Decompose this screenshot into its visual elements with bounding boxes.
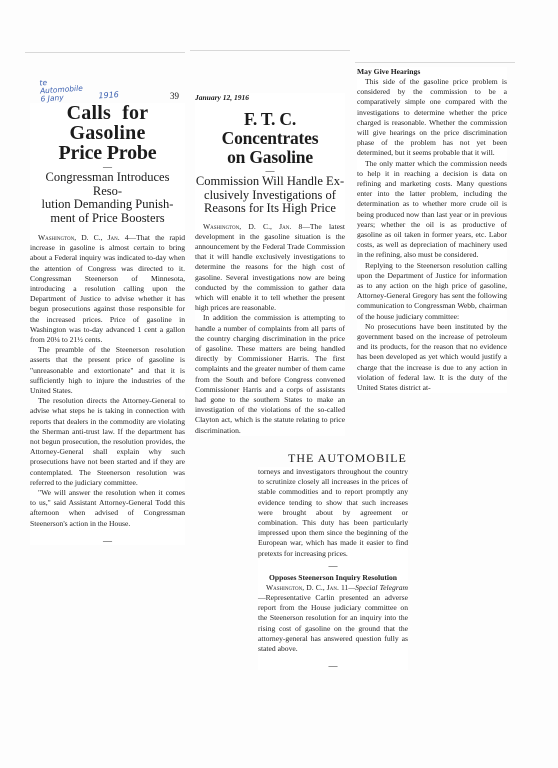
headline-line: Price Probe (30, 143, 185, 163)
paragraph: In addition the commission is attempting… (195, 313, 345, 435)
subheadline-line: lution Demanding Punish- (30, 198, 185, 212)
publication-masthead: THE AUTOMOBILE (288, 451, 407, 466)
end-mark: — (258, 662, 408, 670)
paragraph: The only matter which the commission nee… (357, 159, 507, 261)
subheadline-line: ment of Price Boosters (30, 212, 185, 226)
headline-line: Calls for Gasoline (30, 103, 185, 143)
page-number: 39 (170, 91, 179, 101)
subheadline-line: Commission Will Handle Ex- (195, 175, 345, 189)
headline: F. T. C. Concentrates on Gasoline (195, 110, 345, 167)
paragraph: This side of the gasoline price problem … (357, 77, 507, 159)
handwritten-year: 1916 (98, 91, 119, 100)
article-opposes-steenerson: torneys and investigators throughout the… (258, 467, 408, 670)
special-telegram: —Special Telegram (348, 583, 408, 592)
headline: Calls for Gasoline Price Probe (30, 103, 185, 163)
end-mark: — (30, 537, 185, 545)
dateline: Washington, D. C., Jan. 8 (203, 222, 302, 231)
article-ftc-concentrates-on-gasoline: January 12, 1916 F. T. C. Concentrates o… (195, 93, 345, 436)
headline-line: F. T. C. Concentrates (195, 110, 345, 148)
subhead-opposes-steenerson: Opposes Steenerson Inquiry Resolution (258, 573, 408, 583)
dateline: Washington, D. C., Jan. 11 (266, 583, 348, 592)
article-body: Washington, D. C., Jan. 4—That the rapid… (30, 233, 185, 529)
paragraph: —The latest development in the gasoline … (195, 222, 345, 313)
paragraph: torneys and investigators throughout the… (258, 467, 408, 559)
paragraph: "We will answer the resolution when it c… (30, 488, 185, 529)
subheadline: Congressman Introduces Reso- lution Dema… (30, 171, 185, 225)
article-calls-for-gasoline-price-probe: Calls for Gasoline Price Probe — Congres… (30, 103, 185, 545)
separator: — (258, 562, 408, 570)
article-body: torneys and investigators throughout the… (258, 467, 408, 559)
clipping-edge (190, 50, 350, 51)
paragraph: —Representative Carlin presented an adve… (258, 593, 408, 653)
subheadline-line: Reasons for Its High Price (195, 202, 345, 216)
article-body: Washington, D. C., Jan. 11—Special Teleg… (258, 583, 408, 654)
paragraph: The preamble of the Steenerson resolutio… (30, 345, 185, 396)
dateline: Washington, D. C., Jan. 4 (38, 233, 129, 242)
article-continuation-column: May Give Hearings This side of the gasol… (357, 67, 507, 393)
clipping-date: January 12, 1916 (195, 93, 345, 102)
clipping-edge (355, 62, 515, 63)
headline-line: on Gasoline (195, 148, 345, 167)
subheadline-line: clusively Investigations of (195, 189, 345, 203)
article-body: Washington, D. C., Jan. 8—The latest dev… (195, 222, 345, 436)
clipping-edge (25, 52, 185, 53)
article-body: This side of the gasoline price problem … (357, 77, 507, 393)
subhead-may-give-hearings: May Give Hearings (357, 67, 507, 77)
paragraph: No prosecutions have been instituted by … (357, 322, 507, 393)
subheadline-line: Congressman Introduces Reso- (30, 171, 185, 198)
handwritten-annotation: te Automobile 6 Jany 1916 (39, 77, 83, 104)
paragraph: Replying to the Steenerson resolution ca… (357, 261, 507, 322)
subheadline: Commission Will Handle Ex- clusively Inv… (195, 175, 345, 216)
paragraph: The resolution directs the Attorney-Gene… (30, 396, 185, 488)
paragraph: —That the rapid increase in gasoline is … (30, 233, 185, 344)
